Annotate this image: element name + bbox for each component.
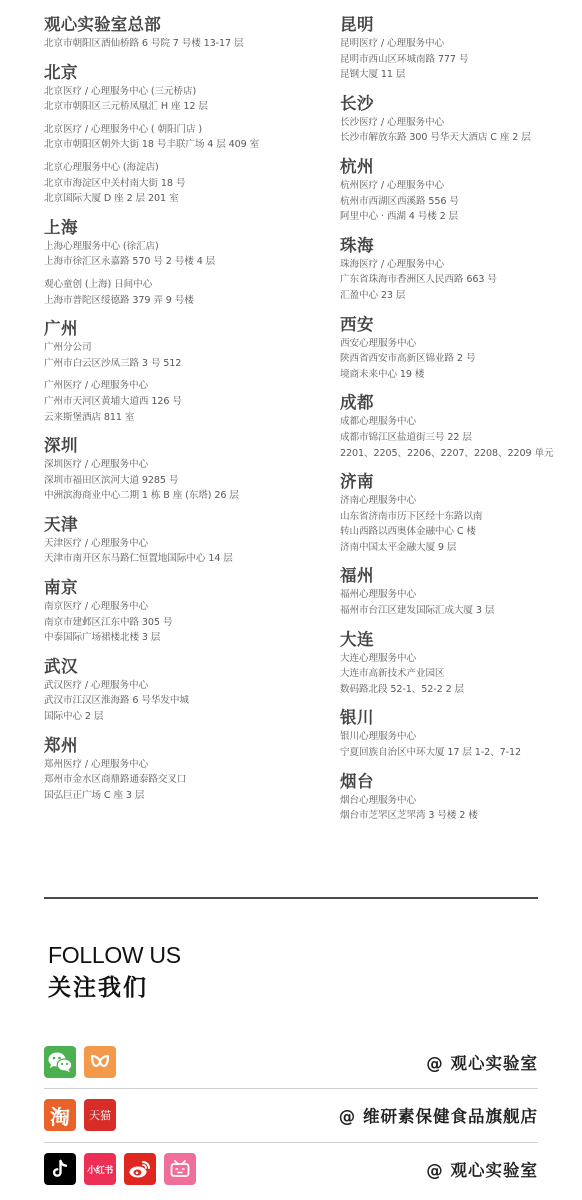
- branch-address: 大连心理服务中心大连市高新技术产业园区数码路北段 52-1、52-2 2 层: [340, 651, 560, 698]
- address-line: 北京市朝阳区三元桥凤凰汇 H 座 12 层: [44, 99, 324, 115]
- branch-name: 北京心理服务中心 (海淀店): [44, 160, 324, 176]
- social-icons: 小红书: [44, 1153, 196, 1185]
- branch-name: 北京医疗 / 心理服务中心 (三元桥店): [44, 84, 324, 100]
- address-line: 烟台市芝罘区芝罘湾 3 号楼 2 楼: [340, 808, 560, 824]
- miniprogram-icon[interactable]: [84, 1046, 116, 1078]
- branch-address: 武汉医疗 / 心理服务中心武汉市江汉区淮海路 6 号华发中城国际中心 2 层: [44, 678, 324, 725]
- social-icons: 淘 天猫: [44, 1099, 116, 1131]
- city-block: 西安西安心理服务中心陕西省西安市高新区锦业路 2 号境商未来中心 19 楼: [340, 314, 560, 383]
- branch-name: 天津医疗 / 心理服务中心: [44, 536, 324, 552]
- branch-name: 上海心理服务中心 (徐汇店): [44, 239, 324, 255]
- social-row-shop: 淘 天猫 @ 维研素保健食品旗舰店: [44, 1098, 538, 1132]
- branch-address: 银川心理服务中心宁夏回族自治区中环大厦 17 层 1-2、7-12: [340, 729, 560, 760]
- follow-us-heading-cn: 关注我们: [48, 973, 148, 1003]
- branch-address: 观心童创 (上海) 日间中心上海市普陀区绥德路 379 弄 9 号楼: [44, 277, 324, 308]
- city-title: 广州: [44, 318, 324, 340]
- branch-name: 北京医疗 / 心理服务中心 ( 朝阳门店 ): [44, 122, 324, 138]
- branch-name: 观心童创 (上海) 日间中心: [44, 277, 324, 293]
- xiaohongshu-icon[interactable]: 小红书: [84, 1153, 116, 1185]
- branch-name: 珠海医疗 / 心理服务中心: [340, 257, 560, 273]
- branch-address: 烟台心理服务中心烟台市芝罘区芝罘湾 3 号楼 2 楼: [340, 793, 560, 824]
- city-title: 长沙: [340, 93, 560, 115]
- city-title: 珠海: [340, 235, 560, 257]
- address-line: 北京国际大厦 D 座 2 层 201 室: [44, 191, 324, 207]
- city-block: 上海上海心理服务中心 (徐汇店)上海市徐汇区永嘉路 570 号 2 号楼 4 层…: [44, 217, 324, 308]
- city-block: 郑州郑州医疗 / 心理服务中心郑州市金水区商鼎路通泰路交叉口国弘巨正广场 C 座…: [44, 735, 324, 804]
- city-block: 昆明昆明医疗 / 心理服务中心昆明市西山区环城南路 777 号昆钢大厦 11 层: [340, 14, 560, 83]
- branch-address: 北京医疗 / 心理服务中心 (三元桥店)北京市朝阳区三元桥凤凰汇 H 座 12 …: [44, 84, 324, 115]
- address-line: 宁夏回族自治区中环大厦 17 层 1-2、7-12: [340, 745, 560, 761]
- shop-handle[interactable]: @ 维研素保健食品旗舰店: [339, 1103, 538, 1127]
- branch-name: 杭州医疗 / 心理服务中心: [340, 178, 560, 194]
- address-line: 山东省济南市历下区经十东路以南: [340, 509, 560, 525]
- branch-name: 武汉医疗 / 心理服务中心: [44, 678, 324, 694]
- city-block: 深圳深圳医疗 / 心理服务中心深圳市福田区滨河大道 9285 号中洲滨海商业中心…: [44, 435, 324, 504]
- address-line: 云来斯堡酒店 811 室: [44, 410, 324, 426]
- row-divider: [44, 1088, 538, 1089]
- branch-name: 西安心理服务中心: [340, 336, 560, 352]
- media-handle[interactable]: @ 观心实验室: [426, 1157, 538, 1181]
- branch-address: 西安心理服务中心陕西省西安市高新区锦业路 2 号境商未来中心 19 楼: [340, 336, 560, 383]
- address-line: 中洲滨海商业中心二期 1 栋 B 座 (东塔) 26 层: [44, 488, 324, 504]
- follow-us-heading-en: FOLLOW US: [48, 941, 181, 969]
- city-block: 南京南京医疗 / 心理服务中心南京市建邺区江东中路 305 号中泰国际广场裙楼北…: [44, 577, 324, 646]
- city-title: 烟台: [340, 771, 560, 793]
- branch-address: 昆明医疗 / 心理服务中心昆明市西山区环城南路 777 号昆钢大厦 11 层: [340, 36, 560, 83]
- wechat-handle[interactable]: @ 观心实验室: [426, 1050, 538, 1074]
- address-line: 国弘巨正广场 C 座 3 层: [44, 788, 324, 804]
- branch-address: 广州医疗 / 心理服务中心广州市天河区黄埔大道西 126 号云来斯堡酒店 811…: [44, 378, 324, 425]
- city-block: 成都成都心理服务中心成都市锦江区盐道街三号 22 层2201、2205、2206…: [340, 392, 560, 461]
- branch-name: 烟台心理服务中心: [340, 793, 560, 809]
- branch-address: 珠海医疗 / 心理服务中心广东省珠海市香洲区人民西路 663 号汇盈中心 23 …: [340, 257, 560, 304]
- branch-name: 长沙医疗 / 心理服务中心: [340, 115, 560, 131]
- city-title: 武汉: [44, 656, 324, 678]
- contact-page: 观心实验室总部北京市朝阳区酒仙桥路 6 号院 7 号楼 13-17 层北京北京医…: [0, 0, 582, 1200]
- address-line: 武汉市江汉区淮海路 6 号华发中城: [44, 693, 324, 709]
- branch-address: 北京医疗 / 心理服务中心 ( 朝阳门店 )北京市朝阳区朝外大街 18 号丰联广…: [44, 122, 324, 153]
- xiaohongshu-icon-label: 小红书: [87, 1163, 113, 1176]
- branch-name: 银川心理服务中心: [340, 729, 560, 745]
- branch-name: 北京市朝阳区酒仙桥路 6 号院 7 号楼 13-17 层: [44, 36, 324, 52]
- city-title: 深圳: [44, 435, 324, 457]
- city-title: 大连: [340, 629, 560, 651]
- city-block: 长沙长沙医疗 / 心理服务中心长沙市解放东路 300 号华天大酒店 C 座 2 …: [340, 93, 560, 146]
- branch-address: 杭州医疗 / 心理服务中心杭州市西湖区西溪路 556 号阿里中心 · 西湖 4 …: [340, 178, 560, 225]
- branch-name: 广州分公司: [44, 340, 324, 356]
- address-line: 天津市南开区东马路仁恒置地国际中心 14 层: [44, 551, 324, 567]
- douyin-icon[interactable]: [44, 1153, 76, 1185]
- section-divider: [44, 897, 538, 899]
- address-line: 广州市白云区沙凤三路 3 号 512: [44, 356, 324, 372]
- branch-name: 南京医疗 / 心理服务中心: [44, 599, 324, 615]
- city-block: 福州福州心理服务中心福州市台江区建发国际汇成大厦 3 层: [340, 565, 560, 618]
- address-column-right: 昆明昆明医疗 / 心理服务中心昆明市西山区环城南路 777 号昆钢大厦 11 层…: [340, 14, 560, 834]
- city-block: 观心实验室总部北京市朝阳区酒仙桥路 6 号院 7 号楼 13-17 层: [44, 14, 324, 52]
- city-block: 广州广州分公司广州市白云区沙凤三路 3 号 512广州医疗 / 心理服务中心广州…: [44, 318, 324, 425]
- branch-address: 郑州医疗 / 心理服务中心郑州市金水区商鼎路通泰路交叉口国弘巨正广场 C 座 3…: [44, 757, 324, 804]
- address-line: 国际中心 2 层: [44, 709, 324, 725]
- branch-address: 福州心理服务中心福州市台江区建发国际汇成大厦 3 层: [340, 587, 560, 618]
- city-title: 观心实验室总部: [44, 14, 324, 36]
- branch-address: 广州分公司广州市白云区沙凤三路 3 号 512: [44, 340, 324, 371]
- address-line: 2201、2205、2206、2207、2208、2209 单元: [340, 446, 560, 462]
- city-block: 济南济南心理服务中心山东省济南市历下区经十东路以南转山西路以西奥体金融中心 C …: [340, 471, 560, 555]
- city-block: 北京北京医疗 / 心理服务中心 (三元桥店)北京市朝阳区三元桥凤凰汇 H 座 1…: [44, 62, 324, 207]
- city-block: 烟台烟台心理服务中心烟台市芝罘区芝罘湾 3 号楼 2 楼: [340, 771, 560, 824]
- address-line: 福州市台江区建发国际汇成大厦 3 层: [340, 603, 560, 619]
- taobao-icon[interactable]: 淘: [44, 1099, 76, 1131]
- branch-name: 成都心理服务中心: [340, 414, 560, 430]
- city-block: 珠海珠海医疗 / 心理服务中心广东省珠海市香洲区人民西路 663 号汇盈中心 2…: [340, 235, 560, 304]
- address-line: 数码路北段 52-1、52-2 2 层: [340, 682, 560, 698]
- address-line: 大连市高新技术产业园区: [340, 666, 560, 682]
- city-block: 天津天津医疗 / 心理服务中心天津市南开区东马路仁恒置地国际中心 14 层: [44, 514, 324, 567]
- address-line: 汇盈中心 23 层: [340, 288, 560, 304]
- address-line: 南京市建邺区江东中路 305 号: [44, 615, 324, 631]
- city-block: 武汉武汉医疗 / 心理服务中心武汉市江汉区淮海路 6 号华发中城国际中心 2 层: [44, 656, 324, 725]
- address-column-left: 观心实验室总部北京市朝阳区酒仙桥路 6 号院 7 号楼 13-17 层北京北京医…: [44, 14, 324, 813]
- address-line: 陕西省西安市高新区锦业路 2 号: [340, 351, 560, 367]
- bilibili-icon[interactable]: [164, 1153, 196, 1185]
- city-title: 杭州: [340, 156, 560, 178]
- taobao-icon-label: 淘: [50, 1101, 70, 1130]
- address-line: 转山西路以西奥体金融中心 C 楼: [340, 524, 560, 540]
- address-line: 境商未来中心 19 楼: [340, 367, 560, 383]
- branch-name: 昆明医疗 / 心理服务中心: [340, 36, 560, 52]
- branch-address: 北京心理服务中心 (海淀店)北京市海淀区中关村南大街 18 号北京国际大厦 D …: [44, 160, 324, 207]
- social-icons: [44, 1046, 116, 1078]
- social-row-wechat: @ 观心实验室: [44, 1045, 538, 1079]
- city-title: 北京: [44, 62, 324, 84]
- branch-name: 济南心理服务中心: [340, 493, 560, 509]
- city-title: 福州: [340, 565, 560, 587]
- city-title: 西安: [340, 314, 560, 336]
- branch-address: 深圳医疗 / 心理服务中心深圳市福田区滨河大道 9285 号中洲滨海商业中心二期…: [44, 457, 324, 504]
- address-line: 上海市普陀区绥德路 379 弄 9 号楼: [44, 293, 324, 309]
- address-line: 上海市徐汇区永嘉路 570 号 2 号楼 4 层: [44, 254, 324, 270]
- city-title: 郑州: [44, 735, 324, 757]
- weibo-icon[interactable]: [124, 1153, 156, 1185]
- city-block: 杭州杭州医疗 / 心理服务中心杭州市西湖区西溪路 556 号阿里中心 · 西湖 …: [340, 156, 560, 225]
- city-block: 大连大连心理服务中心大连市高新技术产业园区数码路北段 52-1、52-2 2 层: [340, 629, 560, 698]
- branch-name: 郑州医疗 / 心理服务中心: [44, 757, 324, 773]
- address-line: 阿里中心 · 西湖 4 号楼 2 层: [340, 209, 560, 225]
- tmall-icon[interactable]: 天猫: [84, 1099, 116, 1131]
- address-line: 深圳市福田区滨河大道 9285 号: [44, 473, 324, 489]
- address-line: 北京市海淀区中关村南大街 18 号: [44, 176, 324, 192]
- tmall-icon-label: 天猫: [89, 1107, 111, 1123]
- branch-name: 福州心理服务中心: [340, 587, 560, 603]
- city-block: 银川银川心理服务中心宁夏回族自治区中环大厦 17 层 1-2、7-12: [340, 707, 560, 760]
- city-title: 济南: [340, 471, 560, 493]
- address-line: 广州市天河区黄埔大道西 126 号: [44, 394, 324, 410]
- branch-name: 大连心理服务中心: [340, 651, 560, 667]
- city-title: 成都: [340, 392, 560, 414]
- city-title: 昆明: [340, 14, 560, 36]
- address-line: 昆钢大厦 11 层: [340, 67, 560, 83]
- address-line: 郑州市金水区商鼎路通泰路交叉口: [44, 772, 324, 788]
- address-line: 长沙市解放东路 300 号华天大酒店 C 座 2 层: [340, 130, 560, 146]
- address-line: 杭州市西湖区西溪路 556 号: [340, 194, 560, 210]
- branch-name: 深圳医疗 / 心理服务中心: [44, 457, 324, 473]
- branch-address: 成都心理服务中心成都市锦江区盐道街三号 22 层2201、2205、2206、2…: [340, 414, 560, 461]
- address-line: 中泰国际广场裙楼北楼 3 层: [44, 630, 324, 646]
- branch-address: 北京市朝阳区酒仙桥路 6 号院 7 号楼 13-17 层: [44, 36, 324, 52]
- wechat-icon[interactable]: [44, 1046, 76, 1078]
- branch-address: 上海心理服务中心 (徐汇店)上海市徐汇区永嘉路 570 号 2 号楼 4 层: [44, 239, 324, 270]
- address-line: 北京市朝阳区朝外大街 18 号丰联广场 4 层 409 室: [44, 137, 324, 153]
- social-row-media: 小红书: [44, 1152, 538, 1186]
- address-line: 广东省珠海市香洲区人民西路 663 号: [340, 272, 560, 288]
- branch-address: 长沙医疗 / 心理服务中心长沙市解放东路 300 号华天大酒店 C 座 2 层: [340, 115, 560, 146]
- address-line: 成都市锦江区盐道街三号 22 层: [340, 430, 560, 446]
- address-line: 济南中国太平金融大厦 9 层: [340, 540, 560, 556]
- row-divider: [44, 1142, 538, 1143]
- branch-address: 南京医疗 / 心理服务中心南京市建邺区江东中路 305 号中泰国际广场裙楼北楼 …: [44, 599, 324, 646]
- branch-address: 天津医疗 / 心理服务中心天津市南开区东马路仁恒置地国际中心 14 层: [44, 536, 324, 567]
- address-line: 昆明市西山区环城南路 777 号: [340, 52, 560, 68]
- city-title: 上海: [44, 217, 324, 239]
- branch-address: 济南心理服务中心山东省济南市历下区经十东路以南转山西路以西奥体金融中心 C 楼济…: [340, 493, 560, 555]
- city-title: 天津: [44, 514, 324, 536]
- city-title: 南京: [44, 577, 324, 599]
- city-title: 银川: [340, 707, 560, 729]
- branch-name: 广州医疗 / 心理服务中心: [44, 378, 324, 394]
